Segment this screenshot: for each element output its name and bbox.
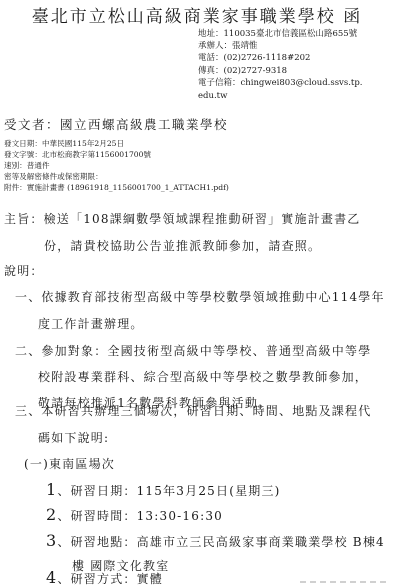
issue-date: 發文日期：中華民國115年2月25日 xyxy=(4,139,124,149)
item-3-line-1: 三、本研習共辦理三個場次，研習日期、時間、地點及課程代 xyxy=(15,402,371,419)
phone: 電話：(02)2726-1118#202 xyxy=(198,52,310,64)
doc-number: 發文字號：北市松商教字第1156001700號 xyxy=(4,150,151,160)
address: 地址：110035臺北市信義區松山路655號 xyxy=(198,28,357,40)
email-line-1: 電子信箱：chingwei803@cloud.ssvs.tp. xyxy=(198,77,362,89)
recipient: 受文者：國立西螺高級農工職業學校 xyxy=(4,115,228,133)
session-detail-location: 3、研習地點：高雄市立三民高級家事商業職業學校 B棟4 xyxy=(46,531,385,550)
item-1-line-1: 一、依據教育部技術型高級中等學校數學領域推動中心114學年 xyxy=(15,288,385,305)
item-1-line-2: 度工作計畫辦理。 xyxy=(38,315,144,332)
item-2-line-2: 校附設專業群科、綜合型高級中等學校之數學教師參加， xyxy=(38,368,368,385)
detail-number: 3 xyxy=(46,531,57,550)
subject-line-1: 主旨：檢送「108課綱數學領域課程推動研習」實施計畫書乙 xyxy=(4,210,361,227)
session-detail-date: 1、研習日期：115年3月25日(星期三) xyxy=(46,480,281,499)
handler: 承辦人：張靖惟 xyxy=(198,40,258,52)
session-detail-mode: 4、研習方式：實體 xyxy=(46,568,163,585)
session-detail-time: 2、研習時間：13:30-16:30 xyxy=(46,505,223,524)
subject-line-2: 份，請貴校協助公告並推派教師參加，請查照。 xyxy=(44,237,321,254)
item-2-line-1: 二、參加對象：全國技術型高級中等學校、普通型高級中等學 xyxy=(15,342,371,359)
detail-number: 4 xyxy=(46,568,57,585)
truncated-text-fragment xyxy=(300,581,390,583)
explanation-heading: 說明： xyxy=(4,262,44,279)
session-heading: (一)東南區場次 xyxy=(24,455,115,472)
item-3-line-2: 碼如下說明: xyxy=(38,429,109,446)
fax: 傳真：(02)2727-9318 xyxy=(198,65,287,77)
attachment-link[interactable]: 附件：實施計畫書 (18961918_1156001700_1_ATTACH1.… xyxy=(4,183,229,193)
detail-number: 1 xyxy=(46,480,57,499)
detail-text: 、研習方式：實體 xyxy=(57,572,163,585)
detail-text: 、研習時間：13:30-16:30 xyxy=(57,509,223,523)
classification: 密等及解密條件或保密期限： xyxy=(4,172,103,182)
detail-text: 、研習地點：高雄市立三民高級家事商業職業學校 B棟4 xyxy=(57,535,384,549)
detail-text: 、研習日期：115年3月25日(星期三) xyxy=(57,484,280,498)
email-line-2: edu.tw xyxy=(198,90,227,102)
detail-number: 2 xyxy=(46,505,57,524)
document-title: 臺北市立松山高級商業家事職業學校 函 xyxy=(0,2,394,27)
speed: 速別：普通件 xyxy=(4,161,50,171)
